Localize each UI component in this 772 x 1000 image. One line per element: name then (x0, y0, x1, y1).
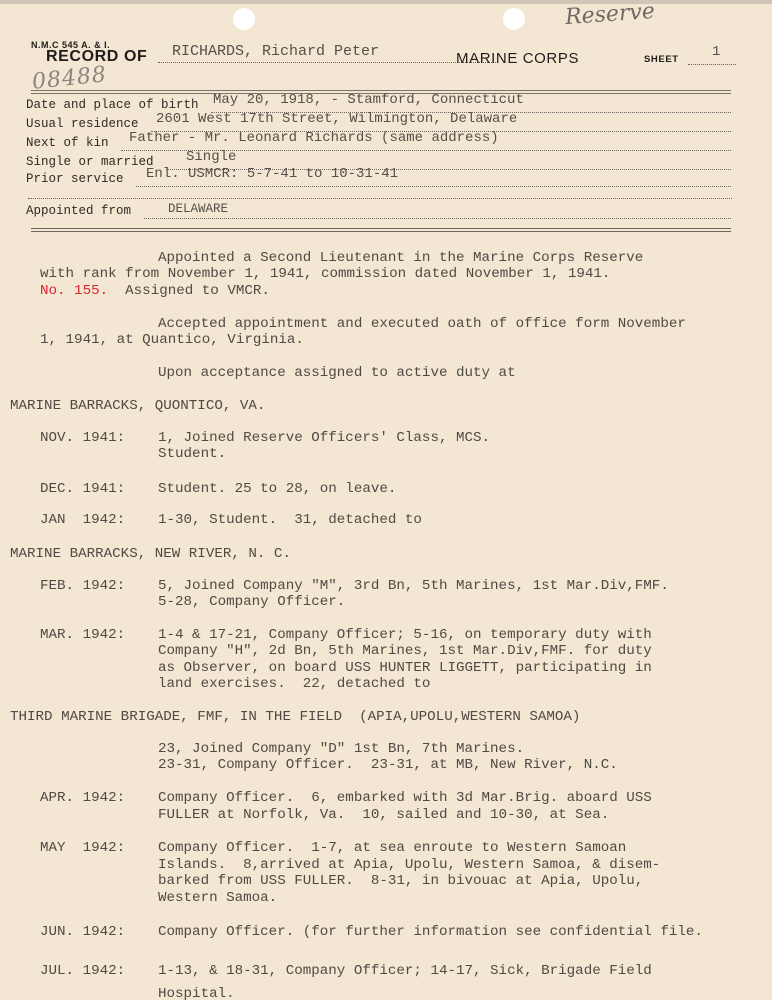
entry-text: 1, Joined Reserve Officers' Class, MCS. (158, 430, 490, 447)
sheet-label: SHEET (644, 54, 679, 65)
entry-text: 1-13, & 18-31, Company Officer; 14-17, S… (158, 963, 652, 980)
entry-text: Western Samoa. (158, 890, 277, 907)
entry-text: Company Officer. 6, embarked with 3d Mar… (158, 790, 652, 807)
scan-top-edge (0, 0, 772, 4)
entry-text: FULLER at Norfolk, Va. 10, sailed and 10… (158, 807, 609, 824)
field-label: Single or married (26, 155, 154, 169)
entry-text: land exercises. 22, detached to (158, 676, 430, 693)
sheet-number: 1 (712, 44, 720, 60)
dotted-line (688, 64, 736, 65)
entry-text: Student. (158, 446, 226, 463)
station-heading: THIRD MARINE BRIGADE, FMF, IN THE FIELD … (10, 709, 580, 726)
dotted-line (136, 186, 731, 187)
entry-text: 1-30, Student. 31, detached to (158, 512, 422, 529)
entry-text: 1-4 & 17-21, Company Officer; 5-16, on t… (158, 627, 652, 644)
field-residence: Usual residence 2601 West 17th Street, W… (26, 117, 746, 131)
field-label: Next of kin (26, 136, 109, 150)
field-label: Prior service (26, 172, 124, 186)
entry-date: NOV. 1941: (40, 430, 125, 447)
paragraph-oath-line1: Accepted appointment and executed oath o… (158, 316, 686, 333)
entry-date: APR. 1942: (40, 790, 125, 807)
entry-text: as Observer, on board USS HUNTER LIGGETT… (158, 660, 652, 677)
record-of-row: RECORD OF RICHARDS, Richard Peter (46, 48, 736, 70)
field-value: Enl. USMCR: 5-7-41 to 10-31-41 (146, 166, 398, 182)
field-next-of-kin: Next of kin Father - Mr. Leonard Richard… (26, 136, 746, 150)
field-prior-service: Prior service Enl. USMCR: 5-7-41 to 10-3… (26, 172, 746, 186)
service-branch: MARINE CORPS (456, 50, 579, 67)
field-value: Father - Mr. Leonard Richards (same addr… (129, 130, 499, 146)
fields-rule (31, 228, 731, 229)
station-heading: MARINE BARRACKS, QUONTICO, VA. (10, 398, 265, 415)
dotted-line (28, 198, 732, 199)
field-value: DELAWARE (168, 202, 228, 216)
field-birth: Date and place of birth May 20, 1918, - … (26, 98, 746, 112)
fields-rule (31, 231, 731, 232)
entry-text: 23, Joined Company "D" 1st Bn, 7th Marin… (158, 741, 524, 758)
entry-text: Company Officer. 1-7, at sea enroute to … (158, 840, 626, 857)
entry-date: FEB. 1942: (40, 578, 125, 595)
punch-hole (233, 8, 255, 30)
entry-date: DEC. 1941: (40, 481, 125, 498)
dotted-line (158, 62, 498, 63)
paragraph-oath-line2: 1, 1941, at Quantico, Virginia. (40, 332, 304, 349)
field-label: Date and place of birth (26, 98, 199, 112)
entry-text: Islands. 8,arrived at Apia, Upolu, Weste… (158, 857, 660, 874)
field-value: 2601 West 17th Street, Wilmington, Delaw… (156, 111, 517, 127)
paragraph-appointment-line3: No. 155. Assigned to VMCR. (40, 283, 270, 300)
dotted-line (144, 218, 731, 219)
punch-hole (503, 8, 525, 30)
field-label: Usual residence (26, 117, 139, 131)
entry-text: barked from USS FULLER. 8-31, in bivouac… (158, 873, 643, 890)
record-name: RICHARDS, Richard Peter (172, 43, 379, 60)
entry-date: JAN 1942: (40, 512, 125, 529)
entry-date: JUL. 1942: (40, 963, 125, 980)
entry-date: MAY 1942: (40, 840, 125, 857)
paragraph-active-duty: Upon acceptance assigned to active duty … (158, 365, 516, 382)
entry-text: Company "H", 2d Bn, 5th Marines, 1st Mar… (158, 643, 652, 660)
field-appointed-from: Appointed from DELAWARE (26, 204, 746, 218)
field-value: May 20, 1918, - Stamford, Connecticut (213, 92, 524, 108)
handwritten-reserve-note: Reserve (564, 0, 655, 30)
entry-date: JUN. 1942: (40, 924, 125, 941)
entry-date: MAR. 1942: (40, 627, 125, 644)
entry-text: Student. 25 to 28, on leave. (158, 481, 396, 498)
entry-text: 5-28, Company Officer. (158, 594, 345, 611)
field-label: Appointed from (26, 204, 131, 218)
entry-text: 5, Joined Company "M", 3rd Bn, 5th Marin… (158, 578, 669, 595)
entry-text: 23-31, Company Officer. 23-31, at MB, Ne… (158, 757, 618, 774)
station-heading: MARINE BARRACKS, NEW RIVER, N. C. (10, 546, 291, 563)
paragraph-appointment-line2: with rank from November 1, 1941, commiss… (40, 266, 610, 283)
entry-text: Company Officer. (for further informatio… (158, 924, 703, 941)
paragraph-appointment-line1: Appointed a Second Lieutenant in the Mar… (158, 250, 643, 267)
commission-number: No. 155. (40, 283, 108, 299)
entry-text: Hospital. (158, 986, 235, 1000)
header-rule (31, 90, 731, 91)
field-value: Single (186, 149, 236, 165)
